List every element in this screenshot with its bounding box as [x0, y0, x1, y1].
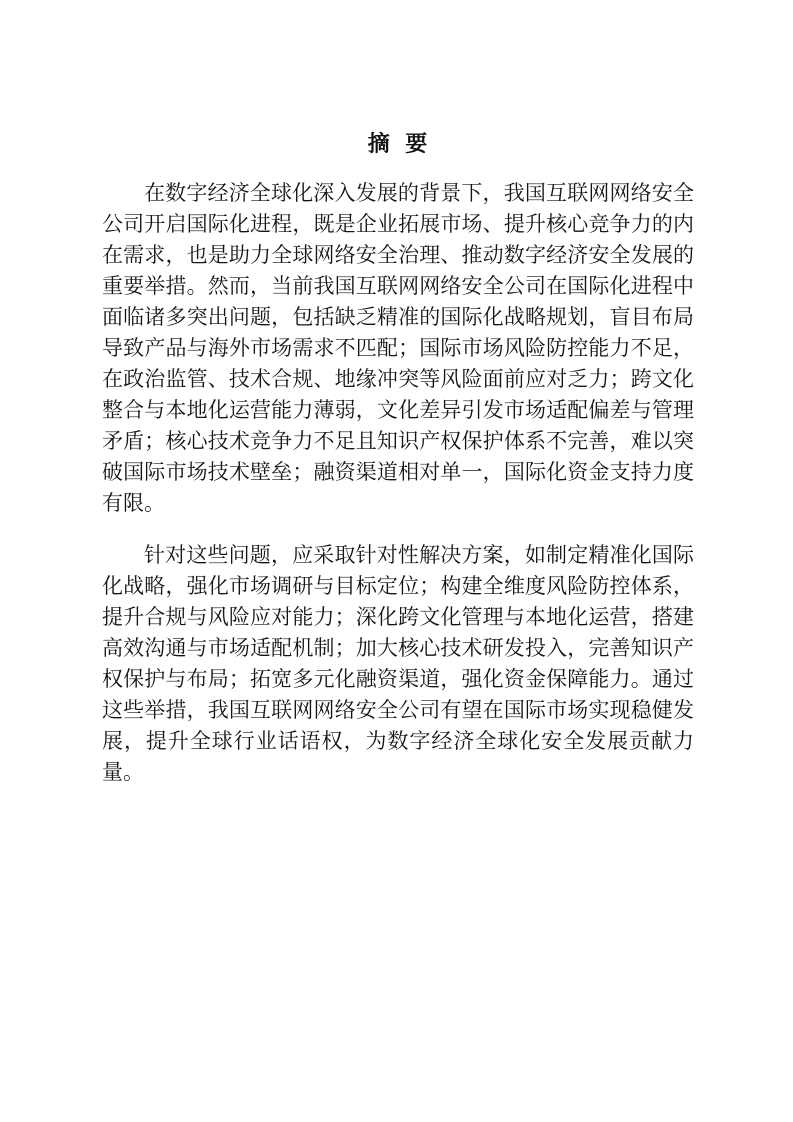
abstract-paragraph-2: 针对这些问题，应采取针对性解决方案，如制定精准化国际化战略，强化市场调研与目标定… [102, 540, 694, 788]
abstract-paragraph-1: 在数字经济全球化深入发展的背景下，我国互联网网络安全公司开启国际化进程，既是企业… [102, 178, 694, 519]
page-content: 摘 要 在数字经济全球化深入发展的背景下，我国互联网网络安全公司开启国际化进程，… [102, 0, 694, 788]
abstract-title: 摘 要 [102, 131, 694, 157]
document-page: 摘 要 在数字经济全球化深入发展的背景下，我国互联网网络安全公司开启国际化进程，… [0, 0, 793, 1122]
